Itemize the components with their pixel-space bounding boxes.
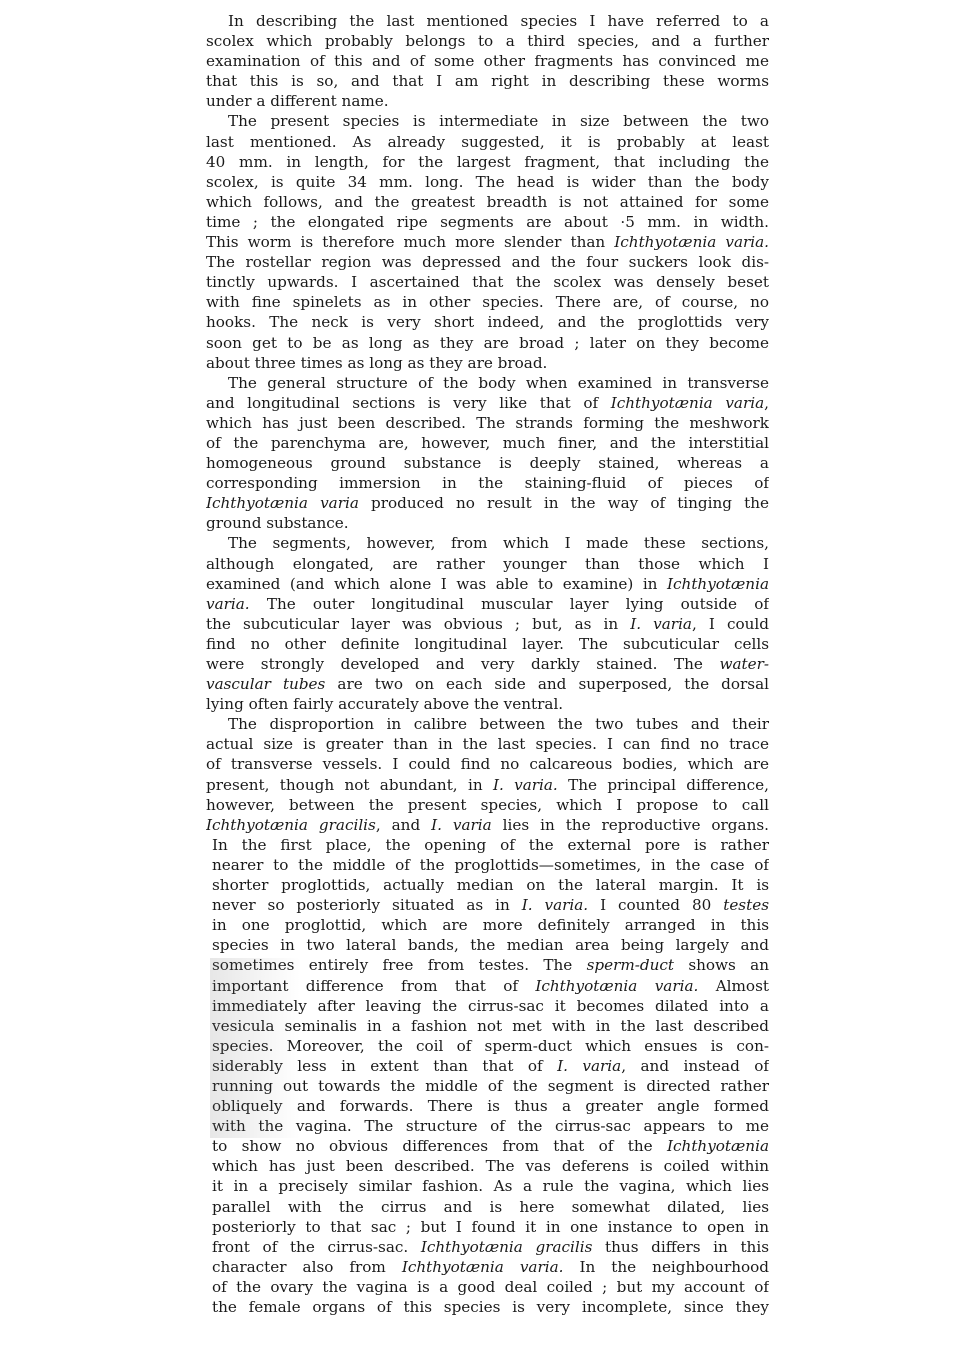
text-line: the subcuticular layer was obvious ; but…: [206, 614, 769, 634]
paragraph: The disproportion in calibre between the…: [206, 714, 769, 1317]
text-line: important difference from that of Ichthy…: [212, 976, 769, 996]
italic-term: I. varia.: [522, 896, 588, 914]
text-line: immediately after leaving the cirrus-sac…: [212, 996, 769, 1016]
text-line: The rostellar region was depressed and t…: [206, 252, 769, 272]
text-line: In the first place, the opening of the e…: [212, 835, 769, 855]
italic-term: varia.: [206, 595, 250, 613]
text-line: under a different name.: [206, 91, 769, 111]
text-line: of transverse vessels. I could find no c…: [206, 754, 769, 774]
italic-term: I. varia: [557, 1057, 621, 1075]
text-line: never so posteriorly situated as in I. v…: [212, 895, 769, 915]
italic-term: Ichthyotænia: [667, 575, 769, 593]
italic-term: Ichthyotænia varia.: [535, 977, 698, 995]
italic-term: Ichthyotænia varia.: [402, 1258, 564, 1276]
text-line: it in a precisely similar fashion. As a …: [212, 1176, 769, 1196]
text-line: Ichthyotænia gracilis, and I. varia lies…: [206, 815, 769, 835]
text-line: running out towards the middle of the se…: [212, 1076, 769, 1096]
text-line: however, between the present species, wh…: [206, 795, 769, 815]
italic-term: Ichthyotænia varia.: [614, 233, 769, 251]
text-line: last mentioned. As already suggested, it…: [206, 132, 769, 152]
text-line: of the parenchyma are, however, much fin…: [206, 433, 769, 453]
paragraph: In describing the last mentioned species…: [206, 11, 769, 111]
text-line: posteriorly to that sac ; but I found it…: [212, 1217, 769, 1237]
text-line: In describing the last mentioned species…: [206, 11, 769, 31]
text-line: which has just been described. The vas d…: [212, 1156, 769, 1176]
italic-term: Ichthyotænia gracilis: [206, 816, 376, 834]
paragraph: The present species is intermediate in s…: [206, 111, 769, 372]
italic-term: I. varia: [431, 816, 492, 834]
text-line: and longitudinal sections is very like t…: [206, 393, 769, 413]
italic-term: Ichthyotænia varia: [206, 494, 359, 512]
text-line: in one proglottid, which are more defini…: [212, 915, 769, 935]
paragraph: The general structure of the body when e…: [206, 373, 769, 534]
text-line: that this is so, and that I am right in …: [206, 71, 769, 91]
italic-term: Ichthyotænia: [667, 1137, 769, 1155]
text-line: which follows, and the greatest breadth …: [206, 192, 769, 212]
text-line: with the vagina. The structure of the ci…: [212, 1116, 769, 1136]
text-line: corresponding immersion in the staining-…: [206, 473, 769, 493]
text-line: examination of this and of some other fr…: [206, 51, 769, 71]
text-line: The present species is intermediate in s…: [206, 111, 769, 131]
text-line: parallel with the cirrus and is here som…: [212, 1197, 769, 1217]
text-line: The segments, however, from which I made…: [206, 533, 769, 553]
text-line: varia. The outer longitudinal muscular l…: [206, 594, 769, 614]
text-line: soon get to be as long as they are broad…: [206, 333, 769, 353]
document-page: In describing the last mentioned species…: [206, 11, 769, 1317]
text-line: The general structure of the body when e…: [206, 373, 769, 393]
text-line: present, though not abundant, in I. vari…: [206, 775, 769, 795]
text-line: scolex, is quite 34 mm. long. The head i…: [206, 172, 769, 192]
text-line: Ichthyotænia varia produced no result in…: [206, 493, 769, 513]
text-line: which has just been described. The stran…: [206, 413, 769, 433]
text-line: hooks. The neck is very short indeed, an…: [206, 312, 769, 332]
italic-term: testes: [723, 896, 769, 914]
text-line: front of the cirrus-sac. Ichthyotænia gr…: [212, 1237, 769, 1257]
text-line: This worm is therefore much more slender…: [206, 232, 769, 252]
text-line: scolex which probably belongs to a third…: [206, 31, 769, 51]
italic-term: sperm-duct: [587, 956, 674, 974]
text-line: 40 mm. in length, for the largest fragme…: [206, 152, 769, 172]
italic-term: I. varia.: [493, 776, 558, 794]
italic-term: I. varia: [630, 615, 692, 633]
text-line: ground substance.: [206, 513, 769, 533]
text-line: species in two lateral bands, the median…: [212, 935, 769, 955]
text-line: to show no obvious differences from that…: [212, 1136, 769, 1156]
text-line: The disproportion in calibre between the…: [206, 714, 769, 734]
text-line: vesicula seminalis in a fashion not met …: [212, 1016, 769, 1036]
text-line: character also from Ichthyotænia varia. …: [212, 1257, 769, 1277]
text-line: with fine spinelets as in other species.…: [206, 292, 769, 312]
paragraph: The segments, however, from which I made…: [206, 533, 769, 714]
text-line: about three times as long as they are br…: [206, 353, 769, 373]
text-line: siderably less in extent than that of I.…: [212, 1056, 769, 1076]
italic-term: Ichthyotænia gracilis: [421, 1238, 593, 1256]
text-line: actual size is greater than in the last …: [206, 734, 769, 754]
text-line: nearer to the middle of the proglottids—…: [212, 855, 769, 875]
text-line: homogeneous ground substance is deeply s…: [206, 453, 769, 473]
text-line: although elongated, are rather younger t…: [206, 554, 769, 574]
text-line: examined (and which alone I was able to …: [206, 574, 769, 594]
text-line: lying often fairly accurately above the …: [206, 694, 769, 714]
text-line: find no other definite longitudinal laye…: [206, 634, 769, 654]
text-line: were strongly developed and very darkly …: [206, 654, 769, 674]
text-line: vascular tubes are two on each side and …: [206, 674, 769, 694]
italic-term: vascular tubes: [206, 675, 325, 693]
text-line: time ; the elongated ripe segments are a…: [206, 212, 769, 232]
text-line: of the ovary the vagina is a good deal c…: [212, 1277, 769, 1297]
text-line: obliquely and forwards. There is thus a …: [212, 1096, 769, 1116]
italic-term: water-: [719, 655, 769, 673]
text-line: species. Moreover, the coil of sperm-duc…: [212, 1036, 769, 1056]
text-line: tinctly upwards. I ascertained that the …: [206, 272, 769, 292]
text-line: the female organs of this species is ver…: [212, 1297, 769, 1317]
text-line: sometimes entirely free from testes. The…: [212, 955, 769, 975]
text-line: shorter proglottids, actually median on …: [212, 875, 769, 895]
italic-term: Ichthyotænia varia: [611, 394, 764, 412]
